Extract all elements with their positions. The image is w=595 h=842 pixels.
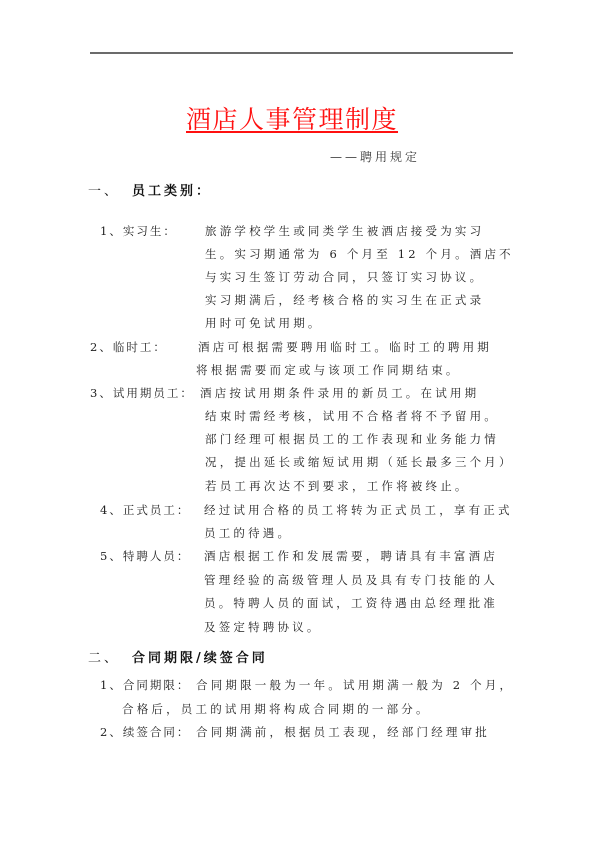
header-rule [90, 52, 513, 54]
section-number: 二、 [88, 647, 120, 666]
section-number: 一、 [88, 180, 120, 199]
item-label: 2、续签合同： [100, 724, 190, 740]
item-label: 5、特聘人员： [100, 548, 190, 564]
document-title: 酒店人事管理制度 [186, 100, 418, 136]
item-line: 若员工再次达不到要求，工作将被终止。 [205, 478, 470, 494]
document-subtitle: ——聘用规定 [330, 148, 420, 165]
item-line: 将根据需要而定或与该项工作同期结束。 [196, 362, 461, 378]
item-line: 经过试用合格的员工将转为正式员工，享有正式 [204, 502, 513, 518]
item-line: 酒店可根据需要聘用临时工。临时工的聘用期 [198, 339, 492, 355]
item-line: 实习期满后，经考核合格的实习生在正式录 [205, 292, 484, 308]
item-line: 旅游学校学生或同类学生被酒店接受为实习 [205, 223, 484, 239]
item-label: 1、实习生： [100, 223, 177, 239]
item-line: 合同期限一般为一年。试用期满一般为 2 个月， [196, 677, 514, 693]
item-line: 员。特聘人员的面试，工资待遇由总经理批准 [204, 595, 498, 611]
item-line: 结束时需经考核，试用不合格者将不予留用。 [205, 408, 499, 424]
item-line: 酒店按试用期条件录用的新员工。在试用期 [200, 385, 479, 401]
item-line: 酒店根据工作和发展需要，聘请具有丰富酒店 [204, 548, 498, 564]
item-line: 用时可免试用期。 [205, 315, 323, 331]
item-line: 合同期满前，根据员工表现，经部门经理审批 [196, 724, 490, 740]
item-line: 合格后，员工的试用期将构成合同期的一部分。 [122, 701, 431, 717]
item-line: 部门经理可根据员工的工作表现和业务能力情 [205, 431, 499, 447]
item-line: 与实习生签订劳动合同，只签订实习协议。 [205, 269, 484, 285]
item-line: 管理经验的高级管理人员及具有专门技能的人 [204, 572, 498, 588]
item-label: 2、临时工： [90, 339, 167, 355]
item-label: 3、试用期员工： [90, 385, 194, 401]
section-heading: 合同期限/续签合同 [132, 647, 268, 666]
item-line: 员工的待遇。 [204, 525, 292, 541]
item-line: 生。实习期通常为 6 个月至 12 个月。酒店不 [205, 246, 514, 262]
item-label: 4、正式员工： [100, 502, 190, 518]
item-line: 况，提出延长或缩短试用期（延长最多三个月） [205, 454, 514, 470]
section-heading: 员工类别： [132, 180, 212, 199]
item-line: 及签定特聘协议。 [204, 619, 322, 635]
item-label: 1、合同期限： [100, 677, 190, 693]
